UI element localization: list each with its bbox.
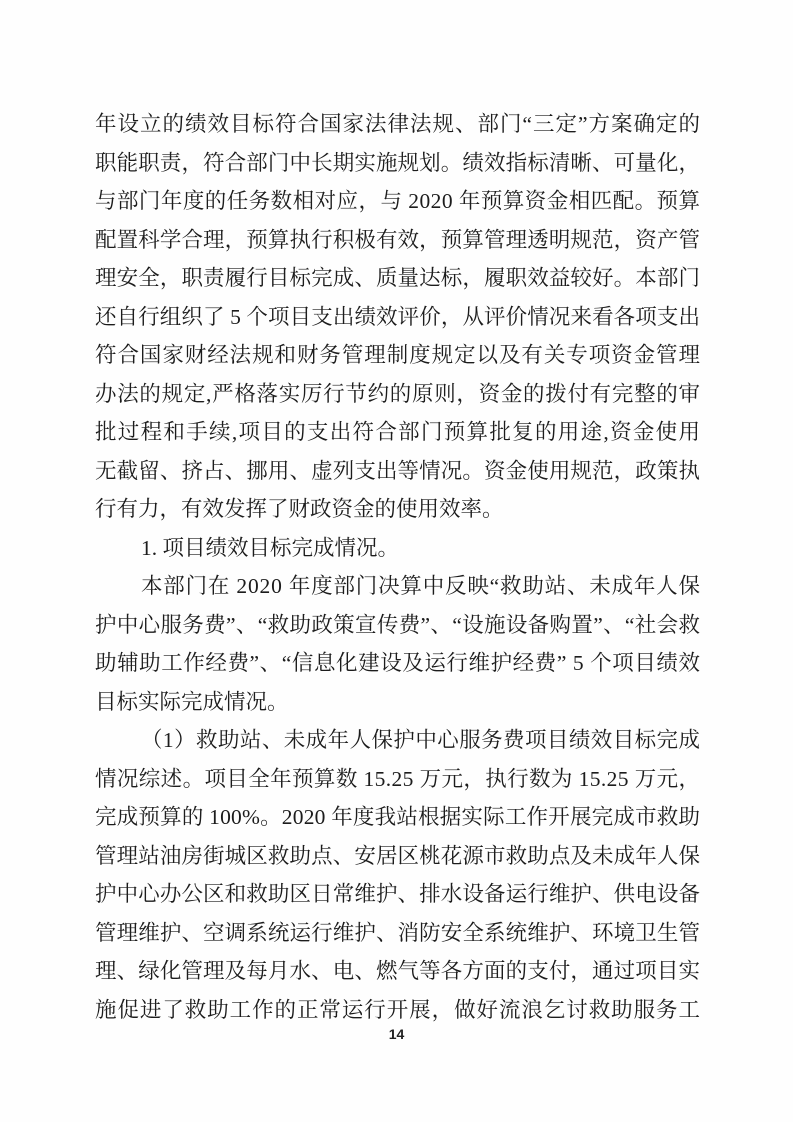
page-number: 14 bbox=[389, 1026, 405, 1042]
text-line-content: 还自行组织了 5 个项目支出绩效评价，从评价情况来看各项支出 bbox=[95, 305, 700, 329]
text-line-content: 情况综述。项目全年预算数 15.25 万元，执行数为 15.25 万元， bbox=[95, 767, 700, 791]
text-line-content: 施促进了救助工作的正常运行开展，做好流浪乞讨救助服务工 bbox=[95, 998, 700, 1022]
text-line-content: 理安全，职责履行目标完成、质量达标，履职效益较好。本部门 bbox=[95, 266, 700, 290]
text-line-24: 施促进了救助工作的正常运行开展，做好流浪乞讨救助服务工 bbox=[95, 991, 700, 1030]
text-line-20: 管理站油房街城区救助点、安居区桃花源市救助点及未成年人保 bbox=[95, 837, 700, 876]
text-line-17: （1）救助站、未成年人保护中心服务费项目绩效目标完成 bbox=[95, 721, 700, 760]
text-line-content: 护中心办公区和救助区日常维护、排水设备运行维护、供电设备 bbox=[95, 882, 700, 906]
text-line-content: （1）救助站、未成年人保护中心服务费项目绩效目标完成 bbox=[141, 728, 700, 752]
text-line-content: 批过程和手续,项目的支出符合部门预算批复的用途,资金使用 bbox=[95, 420, 700, 444]
section-heading: 1. 项目绩效目标完成情况。 bbox=[95, 529, 700, 568]
text-line-3: 与部门年度的任务数相对应，与 2020 年预算资金相匹配。预算 bbox=[95, 182, 700, 221]
text-line-2: 职能职责，符合部门中长期实施规划。绩效指标清晰、可量化， bbox=[95, 144, 700, 183]
text-line-content: 本部门在 2020 年度部门决算中反映“救助站、未成年人保 bbox=[141, 574, 700, 598]
text-line-9: 批过程和手续,项目的支出符合部门预算批复的用途,资金使用 bbox=[95, 413, 700, 452]
text-line-19: 完成预算的 100%。2020 年度我站根据实际工作开展完成市救助 bbox=[95, 798, 700, 837]
text-line-22: 管理维护、空调系统运行维护、消防安全系统维护、环境卫生管 bbox=[95, 914, 700, 953]
text-line-10: 无截留、挤占、挪用、虚列支出等情况。资金使用规范，政策执 bbox=[95, 452, 700, 491]
text-line-content: 1. 项目绩效目标完成情况。 bbox=[141, 536, 399, 560]
text-line-7: 符合国家财经法规和财务管理制度规定以及有关专项资金管理 bbox=[95, 336, 700, 375]
text-line-11: 行有力，有效发挥了财政资金的使用效率。 bbox=[95, 490, 700, 529]
text-line-5: 理安全，职责履行目标完成、质量达标，履职效益较好。本部门 bbox=[95, 259, 700, 298]
text-line-content: 职能职责，符合部门中长期实施规划。绩效指标清晰、可量化， bbox=[95, 151, 700, 175]
text-line-21: 护中心办公区和救助区日常维护、排水设备运行维护、供电设备 bbox=[95, 875, 700, 914]
text-line-18: 情况综述。项目全年预算数 15.25 万元，执行数为 15.25 万元， bbox=[95, 760, 700, 799]
text-line-15: 助辅助工作经费”、“信息化建设及运行维护经费” 5 个项目绩效 bbox=[95, 644, 700, 683]
text-line-content: 目标实际完成情况。 bbox=[95, 690, 289, 714]
text-line-content: 助辅助工作经费”、“信息化建设及运行维护经费” 5 个项目绩效 bbox=[95, 651, 700, 675]
document-page: 年设立的绩效目标符合国家法律法规、部门“三定”方案确定的职能职责，符合部门中长期… bbox=[0, 0, 793, 1122]
text-line-16: 目标实际完成情况。 bbox=[95, 683, 700, 722]
text-line-8: 办法的规定,严格落实厉行节约的原则，资金的拨付有完整的审 bbox=[95, 375, 700, 414]
text-line-14: 护中心服务费”、“救助政策宣传费”、“设施设备购置”、“社会救 bbox=[95, 606, 700, 645]
text-line-content: 符合国家财经法规和财务管理制度规定以及有关专项资金管理 bbox=[95, 343, 700, 367]
text-line-content: 无截留、挤占、挪用、虚列支出等情况。资金使用规范，政策执 bbox=[95, 459, 700, 483]
text-line-content: 护中心服务费”、“救助政策宣传费”、“设施设备购置”、“社会救 bbox=[95, 613, 700, 637]
text-line-content: 配置科学合理，预算执行积极有效，预算管理透明规范，资产管 bbox=[95, 228, 700, 252]
text-line-1: 年设立的绩效目标符合国家法律法规、部门“三定”方案确定的 bbox=[95, 105, 700, 144]
text-line-content: 完成预算的 100%。2020 年度我站根据实际工作开展完成市救助 bbox=[95, 805, 700, 829]
text-line-4: 配置科学合理，预算执行积极有效，预算管理透明规范，资产管 bbox=[95, 221, 700, 260]
text-line-content: 行有力，有效发挥了财政资金的使用效率。 bbox=[95, 497, 504, 521]
text-line-content: 管理站油房街城区救助点、安居区桃花源市救助点及未成年人保 bbox=[95, 844, 700, 868]
text-line-content: 管理维护、空调系统运行维护、消防安全系统维护、环境卫生管 bbox=[95, 921, 700, 945]
text-line-content: 办法的规定,严格落实厉行节约的原则，资金的拨付有完整的审 bbox=[95, 382, 700, 406]
page-footer: 14 bbox=[0, 1026, 793, 1048]
text-line-23: 理、绿化管理及每月水、电、燃气等各方面的支付，通过项目实 bbox=[95, 952, 700, 991]
text-line-6: 还自行组织了 5 个项目支出绩效评价，从评价情况来看各项支出 bbox=[95, 298, 700, 337]
text-line-content: 年设立的绩效目标符合国家法律法规、部门“三定”方案确定的 bbox=[95, 112, 700, 136]
text-line-content: 与部门年度的任务数相对应，与 2020 年预算资金相匹配。预算 bbox=[95, 189, 700, 213]
text-line-13: 本部门在 2020 年度部门决算中反映“救助站、未成年人保 bbox=[95, 567, 700, 606]
text-line-content: 理、绿化管理及每月水、电、燃气等各方面的支付，通过项目实 bbox=[95, 959, 700, 983]
document-body: 年设立的绩效目标符合国家法律法规、部门“三定”方案确定的职能职责，符合部门中长期… bbox=[95, 105, 700, 1029]
